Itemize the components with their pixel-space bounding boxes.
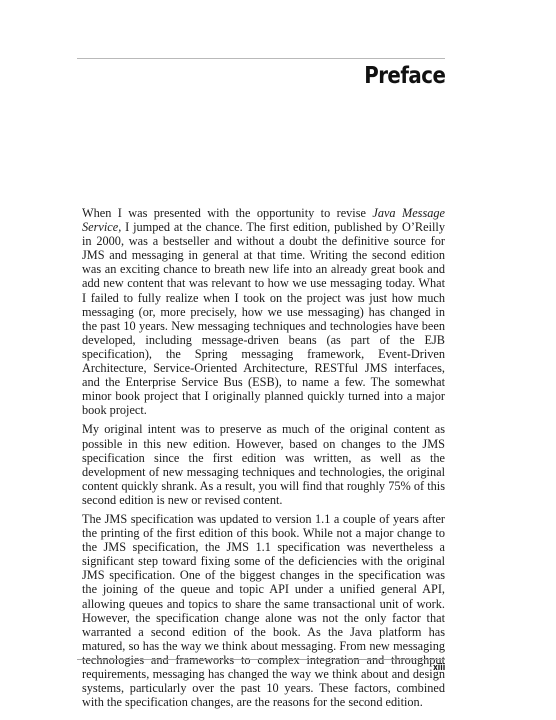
paragraph-1-rest: , I jumped at the chance. The first edit…	[82, 220, 445, 417]
page-number: xiii	[433, 663, 445, 673]
book-page: Preface When I was presented with the op…	[0, 0, 556, 720]
paragraph-1-lead: When I was presented with the opportunit…	[82, 206, 372, 220]
header-rule	[77, 58, 445, 59]
footer-rule	[77, 659, 445, 660]
preface-body: When I was presented with the opportunit…	[82, 206, 445, 714]
paragraph-1: When I was presented with the opportunit…	[82, 206, 445, 417]
paragraph-3: The JMS specification was updated to ver…	[82, 512, 445, 709]
chapter-title: Preface	[364, 63, 445, 89]
paragraph-2: My original intent was to preserve as mu…	[82, 422, 445, 507]
